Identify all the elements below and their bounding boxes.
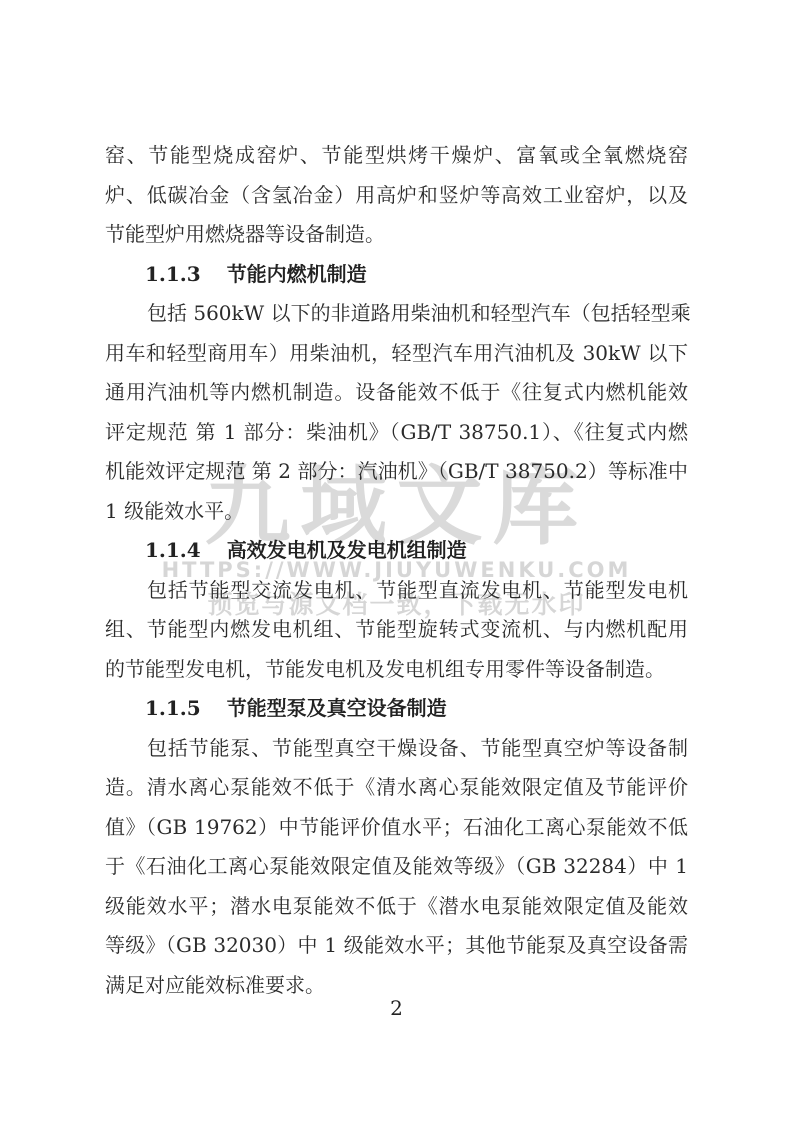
body-line: 机能效评定规范 第 2 部分：汽油机》（GB/T 38750.2）等标准中 xyxy=(105,452,688,492)
body-line: 等级》（GB 32030）中 1 级能效水平；其他节能泵及真空设备需 xyxy=(105,926,688,966)
body-line: 的节能型发电机，节能发电机及发电机组专用零件等设备制造。 xyxy=(105,650,688,690)
body-line: 用车和轻型商用车）用柴油机，轻型汽车用汽油机及 30kW 以下 xyxy=(105,334,688,374)
document-page: 九域文库 HTTPS://WWW.JIUYUWENKU.COM 预览与源文档一致… xyxy=(0,0,793,1122)
heading-title: 节能内燃机制造 xyxy=(227,262,367,286)
body-line: 组、节能型内燃发电机组、节能型旋转式变流机、与内燃机配用 xyxy=(105,610,688,650)
body-line: 窑、节能型烧成窑炉、节能型烘烤干燥炉、富氧或全氧燃烧窑 xyxy=(105,136,688,176)
body-line: 评定规范 第 1 部分：柴油机》（GB/T 38750.1）、《往复式内燃 xyxy=(105,413,688,453)
heading-title: 节能型泵及真空设备制造 xyxy=(227,696,447,720)
section-heading: 1.1.4高效发电机及发电机组制造 xyxy=(105,531,688,571)
body-line: 值》（GB 19762）中节能评价值水平；石油化工离心泵能效不低 xyxy=(105,808,688,848)
body-line: 包括节能型交流发电机、节能型直流发电机、节能型发电机 xyxy=(105,571,688,611)
section-heading: 1.1.3节能内燃机制造 xyxy=(105,255,688,295)
body-line: 炉、低碳冶金（含氢冶金）用高炉和竖炉等高效工业窑炉，以及 xyxy=(105,176,688,216)
body-line: 级能效水平；潜水电泵能效不低于《潜水电泵能效限定值及能效 xyxy=(105,887,688,927)
heading-number: 1.1.4 xyxy=(145,538,201,562)
body-line: 于《石油化工离心泵能效限定值及能效等级》（GB 32284）中 1 xyxy=(105,847,688,887)
page-number: 2 xyxy=(0,996,793,1020)
heading-number: 1.1.3 xyxy=(145,262,201,286)
body-line: 包括 560kW 以下的非道路用柴油机和轻型汽车（包括轻型乘 xyxy=(105,294,688,334)
heading-number: 1.1.5 xyxy=(145,696,201,720)
body-line: 1 级能效水平。 xyxy=(105,492,688,532)
body-line: 造。清水离心泵能效不低于《清水离心泵能效限定值及节能评价 xyxy=(105,768,688,808)
content-lines: 窑、节能型烧成窑炉、节能型烘烤干燥炉、富氧或全氧燃烧窑炉、低碳冶金（含氢冶金）用… xyxy=(105,136,688,1005)
body-line: 通用汽油机等内燃机制造。设备能效不低于《往复式内燃机能效 xyxy=(105,373,688,413)
body-line: 包括节能泵、节能型真空干燥设备、节能型真空炉等设备制 xyxy=(105,729,688,769)
body-line: 节能型炉用燃烧器等设备制造。 xyxy=(105,215,688,255)
section-heading: 1.1.5节能型泵及真空设备制造 xyxy=(105,689,688,729)
heading-title: 高效发电机及发电机组制造 xyxy=(227,538,467,562)
